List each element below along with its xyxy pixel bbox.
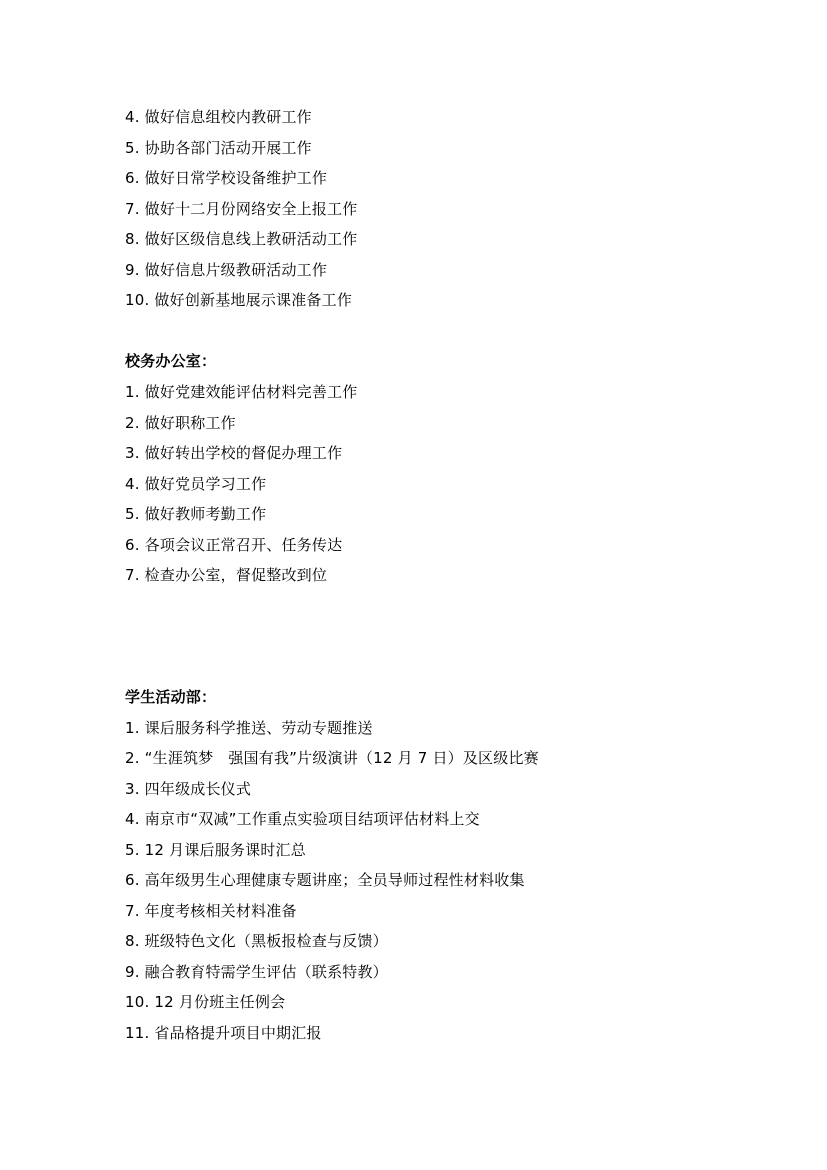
info-item-9: 9. 做好信息片级教研活动工作: [125, 260, 327, 280]
student-item-8: 8. 班级特色文化（黑板报检查与反馈）: [125, 931, 388, 951]
info-item-7: 7. 做好十二月份网络安全上报工作: [125, 199, 357, 219]
info-item-8: 8. 做好区级信息线上教研活动工作: [125, 229, 357, 249]
info-item-10: 10. 做好创新基地展示课准备工作: [125, 290, 352, 310]
student-item-7: 7. 年度考核相关材料准备: [125, 901, 297, 921]
office-item-5: 5. 做好教师考勤工作: [125, 504, 266, 524]
student-item-11: 11. 省品格提升项目中期汇报: [125, 1023, 322, 1043]
student-section-heading: 学生活动部：: [125, 687, 216, 707]
student-item-2: 2. “生涯筑梦 强国有我”片级演讲（12 月 7 日）及区级比赛: [125, 748, 539, 768]
student-item-3: 3. 四年级成长仪式: [125, 779, 251, 799]
office-item-3: 3. 做好转出学校的督促办理工作: [125, 443, 342, 463]
office-item-2: 2. 做好职称工作: [125, 413, 236, 433]
student-item-5: 5. 12 月课后服务课时汇总: [125, 840, 306, 860]
info-item-4: 4. 做好信息组校内教研工作: [125, 107, 312, 127]
office-item-6: 6. 各项会议正常召开、任务传达: [125, 535, 342, 555]
student-item-1: 1. 课后服务科学推送、劳动专题推送: [125, 718, 373, 738]
office-item-7: 7. 检查办公室，督促整改到位: [125, 565, 327, 585]
student-item-6: 6. 高年级男生心理健康专题讲座；全员导师过程性材料收集: [125, 870, 525, 890]
info-item-5: 5. 协助各部门活动开展工作: [125, 138, 312, 158]
info-item-6: 6. 做好日常学校设备维护工作: [125, 168, 327, 188]
student-item-9: 9. 融合教育特需学生评估（联系特教）: [125, 962, 388, 982]
student-item-4: 4. 南京市“双减”工作重点实验项目结项评估材料上交: [125, 809, 480, 829]
document-page: 4. 做好信息组校内教研工作 5. 协助各部门活动开展工作 6. 做好日常学校设…: [0, 0, 827, 1170]
office-section-heading: 校务办公室：: [125, 351, 216, 371]
office-item-1: 1. 做好党建效能评估材料完善工作: [125, 382, 357, 402]
office-item-4: 4. 做好党员学习工作: [125, 474, 266, 494]
student-item-10: 10. 12 月份班主任例会: [125, 992, 285, 1012]
